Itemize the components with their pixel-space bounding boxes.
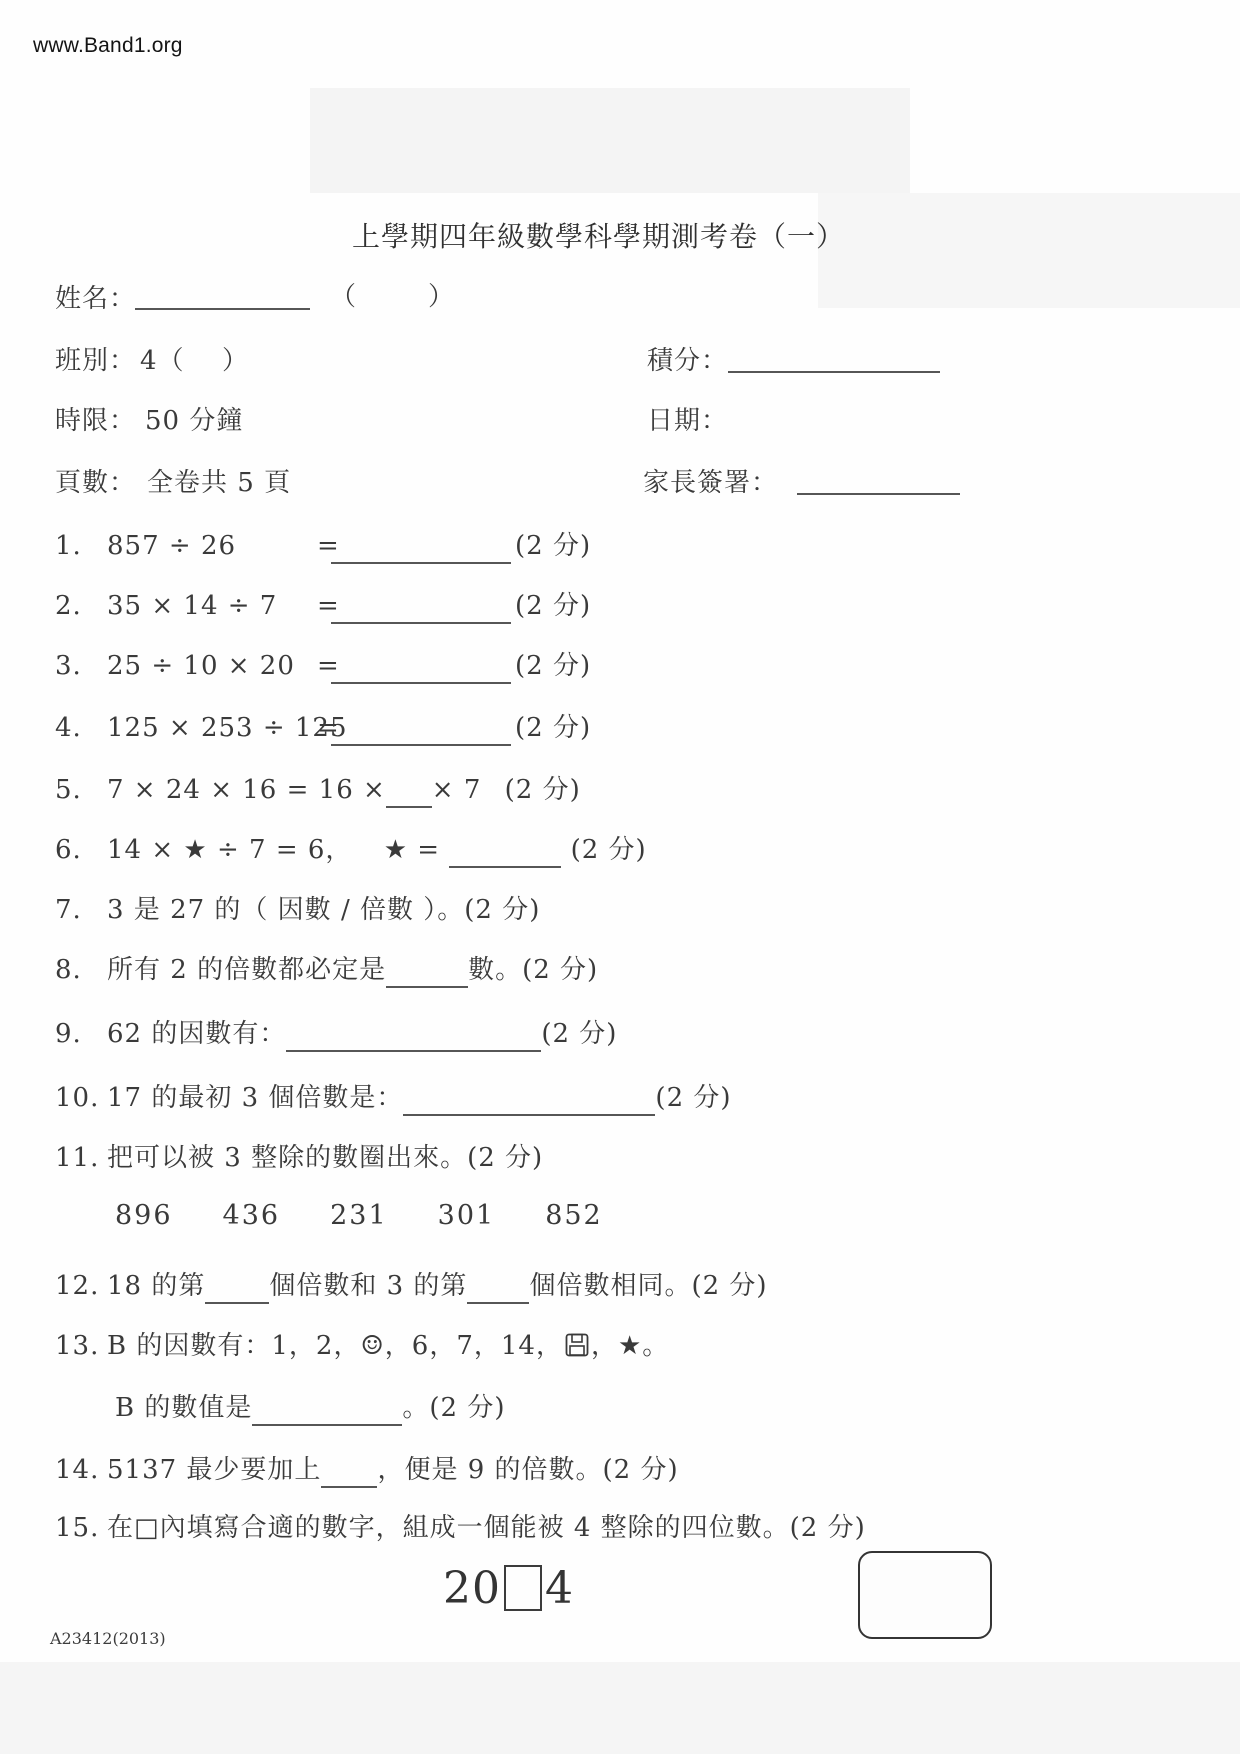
answer-blank <box>331 716 511 746</box>
text-part: 個倍數相同。 <box>529 1271 691 1301</box>
answer-blank <box>467 1272 529 1304</box>
score-label: 積分： <box>647 340 728 377</box>
class-label: 班別： <box>55 340 136 377</box>
answer-box <box>858 1551 992 1639</box>
question-text: 14 × ★ ÷ 7 = 6， ★ = (2 分) <box>107 832 647 868</box>
question-text: B 的因數有：1，2，☺，6，7，14，，★。 <box>107 1328 669 1367</box>
question-text: 18 的第個倍數和 3 的第個倍數相同。(2 分) <box>107 1268 768 1304</box>
question-number: 15. <box>55 1510 99 1546</box>
marks-label: (2 分) <box>464 895 540 925</box>
text-before-blank: 62 的因數有： <box>107 1019 286 1049</box>
question-number: 8. <box>55 952 82 988</box>
question-number: 12. <box>55 1268 99 1304</box>
question-number: 13. <box>55 1328 99 1364</box>
digits-suffix: 4 <box>545 1563 574 1614</box>
text-after-blank: 。 <box>402 1393 429 1423</box>
answer-blank <box>386 776 432 808</box>
answer-blank <box>205 1272 269 1304</box>
name-label: 姓名： <box>55 284 136 314</box>
marks-label: (2 分) <box>515 528 591 564</box>
question-text: 3 是 27 的（ 因數 / 倍數 ）。(2 分) <box>107 892 540 928</box>
scan-shade-bottom <box>0 1662 1240 1754</box>
date-label: 日期： <box>647 400 728 437</box>
time-label: 時限： <box>55 400 136 437</box>
text: 在□內填寫合適的數字，組成一個能被 4 整除的四位數。 <box>107 1513 790 1543</box>
question-text: 62 的因數有：(2 分) <box>107 1016 617 1052</box>
pages-value: 全卷共 5 頁 <box>147 462 291 499</box>
text-part: ，★。 <box>591 1331 669 1361</box>
text-before-blank: 5137 最少要加上 <box>107 1455 321 1485</box>
question-text: 5137 最少要加上，便是 9 的倍數。(2 分) <box>107 1452 679 1488</box>
scan-shade-top <box>310 88 910 193</box>
text-part: 個倍數和 3 的第 <box>269 1271 467 1301</box>
question-number: 4. <box>55 710 82 746</box>
option-number: 852 <box>545 1200 603 1231</box>
question-number: 11. <box>55 1140 99 1176</box>
marks-label: (2 分) <box>515 648 591 684</box>
text: 把可以被 3 整除的數圈出來。 <box>107 1143 467 1173</box>
question-number: 10. <box>55 1080 99 1116</box>
text-before-blank: 14 × ★ ÷ 7 = 6， <box>107 835 352 865</box>
answer-blank <box>449 836 561 868</box>
name-blank <box>135 280 310 310</box>
marks-label: (2 分) <box>515 588 591 624</box>
time-value: 50 分鐘 <box>145 400 243 437</box>
signature-blank <box>797 465 960 495</box>
scan-shade-right <box>818 193 1240 308</box>
marks-label: (2 分) <box>790 1513 866 1543</box>
page-title: 上學期四年級數學科學期測考卷（一） <box>352 215 845 255</box>
question-2: 2. 35 × 14 ÷ 7 = (2 分) <box>55 588 655 624</box>
marks-label: (2 分) <box>691 1271 767 1301</box>
answer-blank <box>286 1020 541 1052</box>
question-4: 4. 125 × 253 ÷ 125 = (2 分) <box>55 710 655 746</box>
option-number: 896 <box>115 1200 173 1231</box>
question-number: 1. <box>55 528 82 564</box>
class-value-suffix: ） <box>222 340 249 377</box>
floppy-disk-icon <box>565 1331 589 1367</box>
text-before-blank: 7 × 24 × 16 = 16 × <box>107 775 386 805</box>
question-number: 3. <box>55 648 82 684</box>
digits-prefix: 20 <box>443 1563 501 1614</box>
option-number: 436 <box>223 1200 281 1231</box>
marks-label: (2 分) <box>655 1083 731 1113</box>
exam-paper-page: www.Band1.org 上學期四年級數學科學期測考卷（一） 姓名： （ ） … <box>0 0 1240 1754</box>
footer-code: A23412(2013) <box>50 1629 166 1648</box>
marks-label: (2 分) <box>522 955 598 985</box>
answer-blank <box>321 1456 377 1488</box>
smiley-face-icon: ☺ <box>360 1331 384 1361</box>
signature-label: 家長簽署： <box>643 462 778 499</box>
pages-label: 頁數： <box>55 462 136 499</box>
question-expression: 25 ÷ 10 × 20 <box>107 648 295 684</box>
question-text: 所有 2 的倍數都必定是數。(2 分) <box>107 952 598 988</box>
question-15-answer-number: 204 <box>443 1563 574 1614</box>
text-after-blank: ，便是 9 的倍數。 <box>377 1455 602 1485</box>
name-paren-close: ） <box>428 276 455 313</box>
answer-blank <box>403 1084 655 1116</box>
text-part: ，6，7，14， <box>385 1331 563 1361</box>
text: 3 是 27 的（ 因數 / 倍數 ）。 <box>107 895 464 925</box>
name-row: 姓名： <box>55 278 136 315</box>
site-watermark: www.Band1.org <box>33 34 183 58</box>
question-number: 5. <box>55 772 82 808</box>
option-number: 301 <box>438 1200 496 1231</box>
question-expression: 125 × 253 ÷ 125 <box>107 710 348 746</box>
question-number: 6. <box>55 832 82 868</box>
marks-label: (2 分) <box>429 1393 505 1423</box>
answer-blank <box>331 654 511 684</box>
name-paren-open: （ <box>330 276 357 313</box>
text-after-blank: 數。 <box>468 955 522 985</box>
question-number: 2. <box>55 588 82 624</box>
score-blank <box>728 343 940 373</box>
class-value-prefix: 4（ <box>140 340 185 377</box>
marks-label: (2 分) <box>541 1019 617 1049</box>
question-3: 3. 25 ÷ 10 × 20 = (2 分) <box>55 648 655 684</box>
marks-label: (2 分) <box>515 710 591 746</box>
text-part: B 的因數有：1，2， <box>107 1331 360 1361</box>
question-expression: 35 × 14 ÷ 7 <box>107 588 277 624</box>
text-after-blank: × 7 <box>432 775 482 805</box>
question-text: 在□內填寫合適的數字，組成一個能被 4 整除的四位數。(2 分) <box>107 1510 866 1546</box>
question-number: 9. <box>55 1016 82 1052</box>
question-text: 17 的最初 3 個倍數是：(2 分) <box>107 1080 732 1116</box>
text-before-blank: B 的數值是 <box>115 1393 252 1423</box>
option-number: 231 <box>330 1200 388 1231</box>
answer-blank <box>252 1394 402 1426</box>
question-11-options: 896 436 231 301 852 <box>115 1200 603 1231</box>
missing-digit-box <box>504 1565 542 1611</box>
text-before-blank: 17 的最初 3 個倍數是： <box>107 1083 403 1113</box>
marks-label: (2 分) <box>505 775 581 805</box>
marks-label: (2 分) <box>603 1455 679 1485</box>
question-text: 把可以被 3 整除的數圈出來。(2 分) <box>107 1140 543 1176</box>
question-number: 7. <box>55 892 82 928</box>
star-equals: ★ = <box>384 835 440 865</box>
text-part: 18 的第 <box>107 1271 205 1301</box>
question-text: 7 × 24 × 16 = 16 ×× 7 (2 分) <box>107 772 581 808</box>
marks-label: (2 分) <box>467 1143 543 1173</box>
answer-blank <box>331 594 511 624</box>
question-number: 14. <box>55 1452 99 1488</box>
text-before-blank: 所有 2 的倍數都必定是 <box>107 955 386 985</box>
question-13-line2: B 的數值是。(2 分) <box>115 1390 506 1426</box>
question-expression: 857 ÷ 26 <box>107 528 236 564</box>
marks-label: (2 分) <box>571 835 647 865</box>
answer-blank <box>386 956 468 988</box>
answer-blank <box>331 534 511 564</box>
question-1: 1. 857 ÷ 26 = (2 分) <box>55 528 655 564</box>
